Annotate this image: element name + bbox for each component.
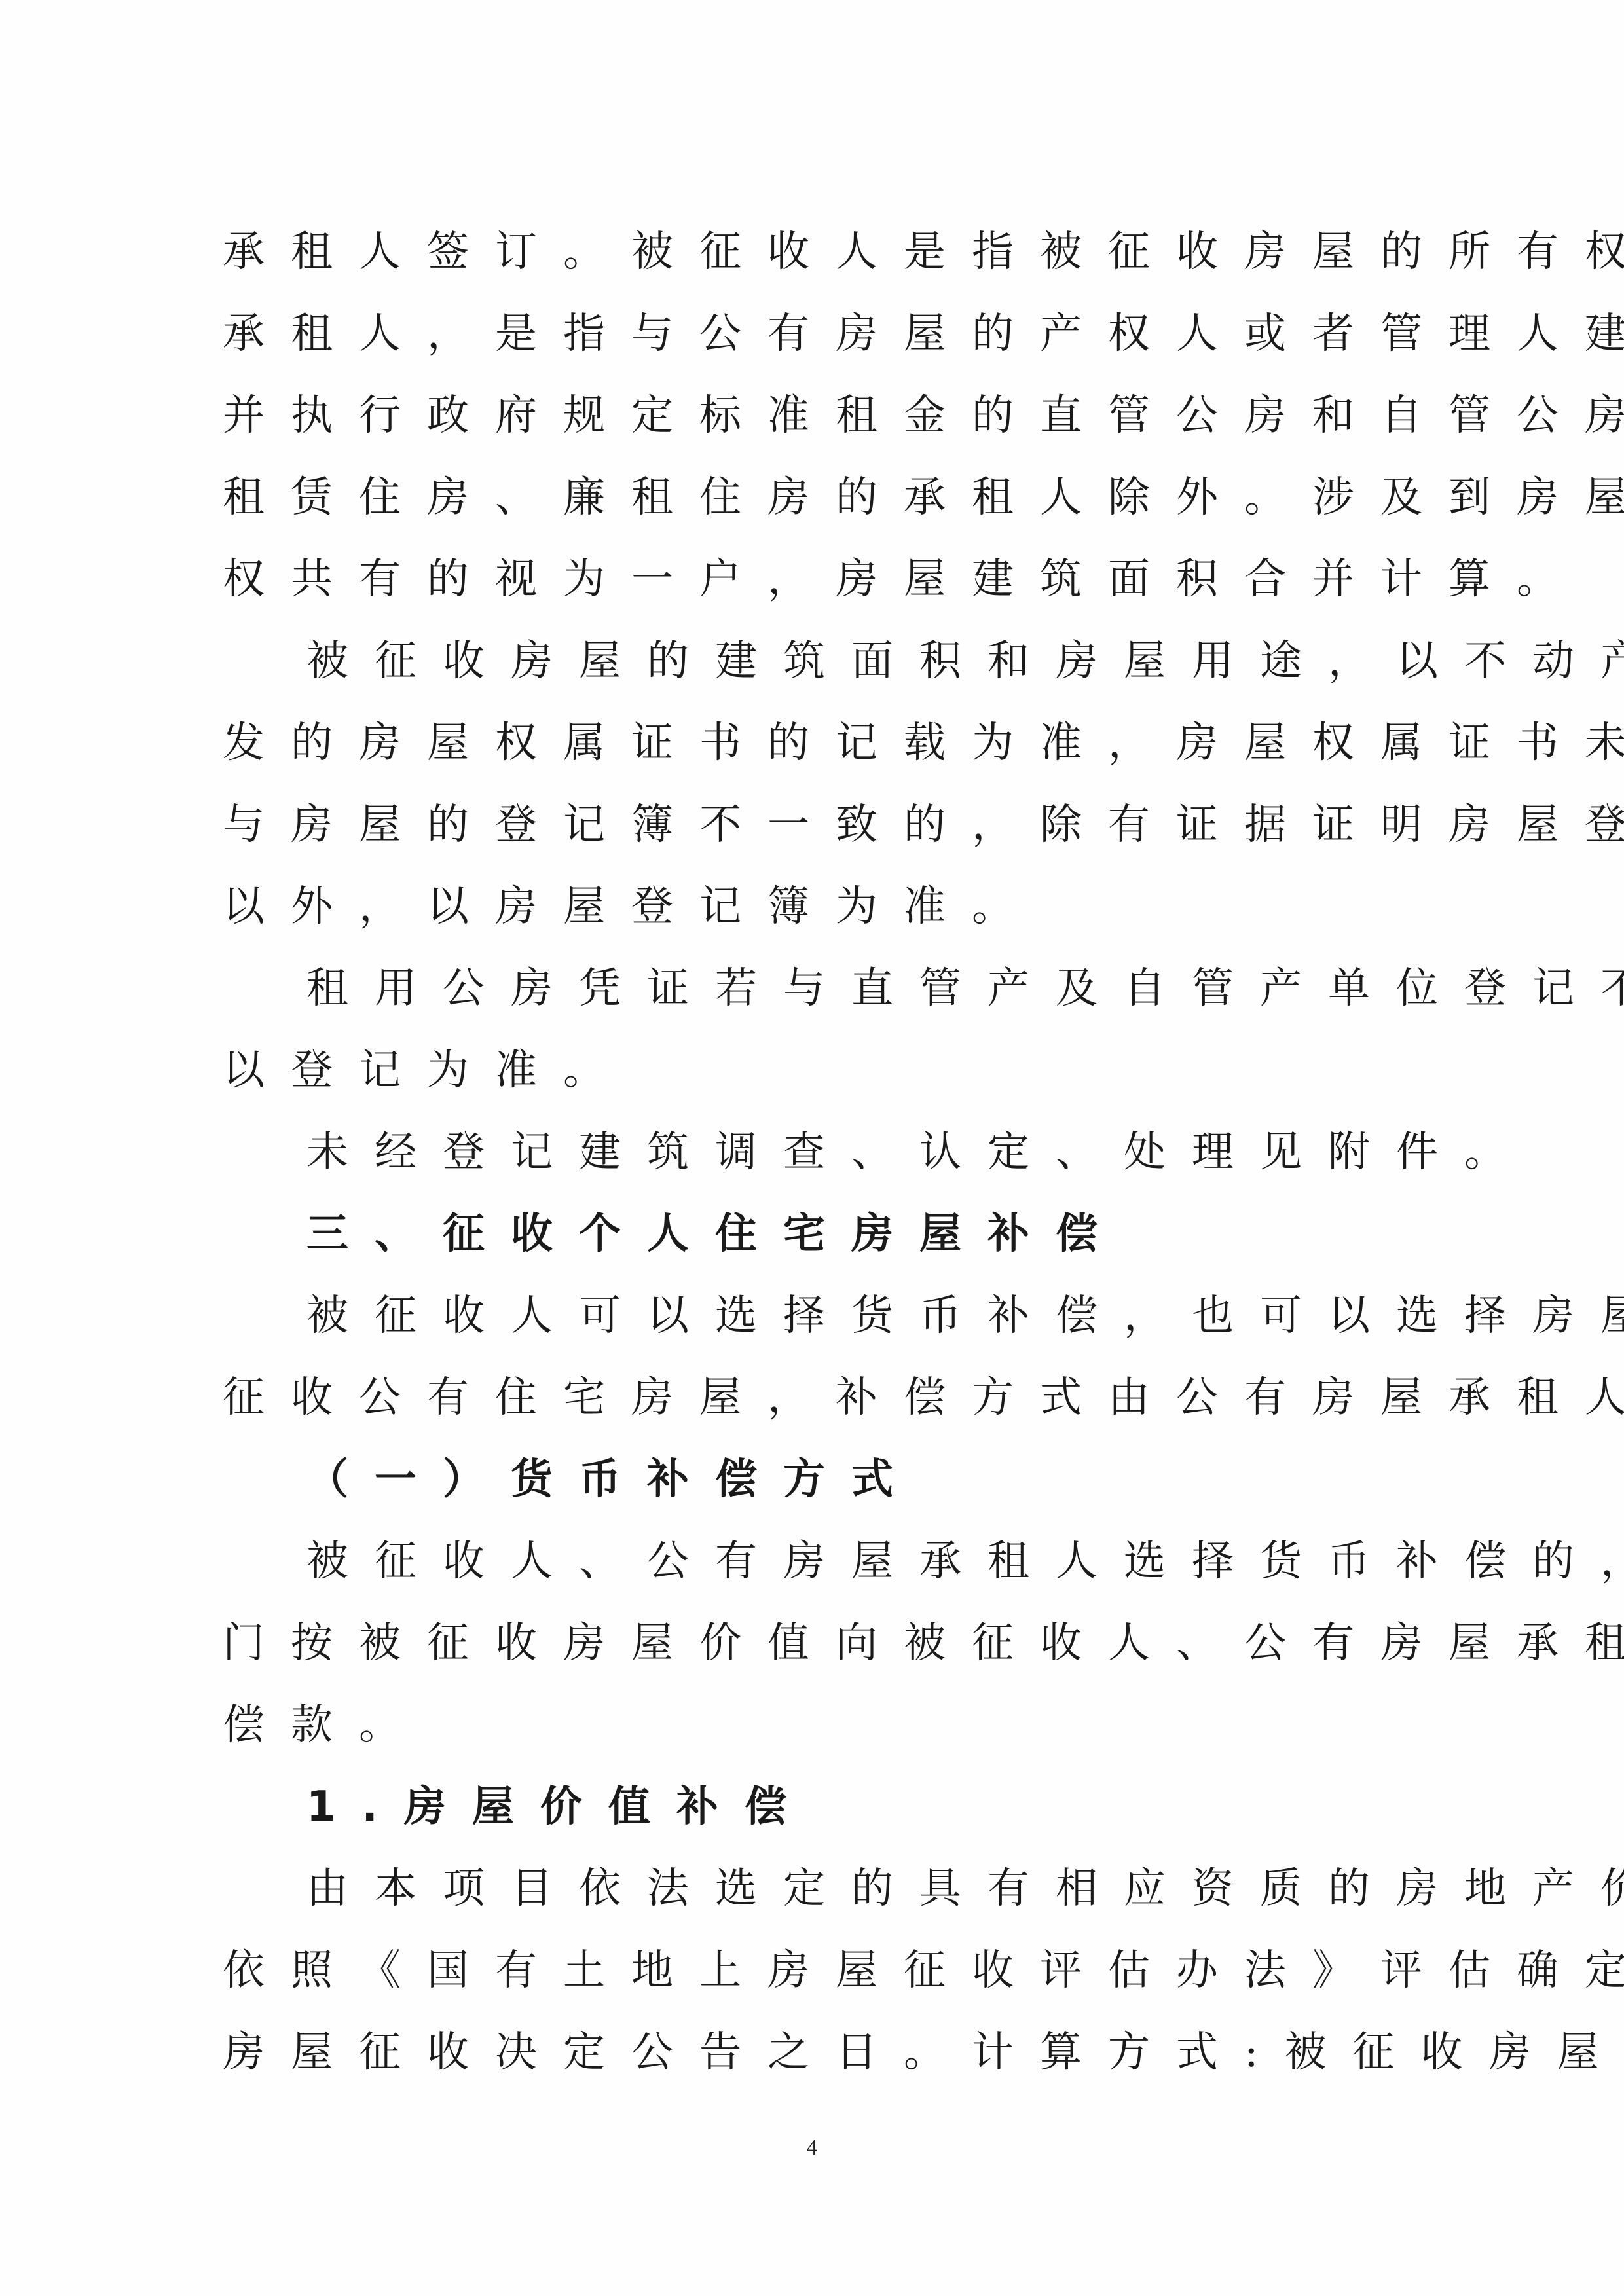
body-text-line: 权共有的视为一户，房屋建筑面积合并计算。 — [223, 550, 1395, 609]
body-text-line: 征收公有住宅房屋，补偿方式由公有房屋承租人选择。 — [223, 1368, 1395, 1427]
paragraph-first-line: 由本项目依法选定的具有相应资质的房地产价格评估机构 — [306, 1859, 1479, 1918]
body-text-line: 依照《国有土地上房屋征收评估办法》评估确定，评估时点为 — [223, 1941, 1395, 2000]
paragraph-first-line: 被征收人、公有房屋承租人选择货币补偿的，房屋征收部 — [306, 1532, 1479, 1591]
body-text-line: 以外，以房屋登记簿为准。 — [223, 877, 1395, 936]
document-page: 承租人签订。被征收人是指被征收房屋的所有权人；公有房屋 承租人，是指与公有房屋的… — [0, 0, 1624, 2296]
body-text-line: 承租人签订。被征收人是指被征收房屋的所有权人；公有房屋 — [223, 223, 1395, 282]
subsection-heading: （一）货币补偿方式 — [306, 1450, 1479, 1509]
paragraph-first-line: 未经登记建筑调查、认定、处理见附件。 — [306, 1123, 1479, 1182]
body-text-line: 发的房屋权属证书的记载为准，房屋权属证书未记载或者记载 — [223, 714, 1395, 773]
paragraph-first-line: 租用公房凭证若与直管产及自管产单位登记不一致的，应 — [306, 959, 1479, 1018]
section-heading: 三、征收个人住宅房屋补偿 — [306, 1205, 1479, 1264]
body-text-line: 门按被征收房屋价值向被征收人、公有房屋承租人支付货币补 — [223, 1614, 1395, 1673]
body-text-line: 偿款。 — [223, 1696, 1395, 1755]
body-text-line: 租赁住房、廉租住房的承租人除外。涉及到房屋所有权、承租 — [223, 468, 1395, 527]
body-text-line: 并执行政府规定标准租金的直管公房和自管公房承租人，公共 — [223, 386, 1395, 445]
numbered-heading: 1.房屋价值补偿 — [306, 1777, 1479, 1836]
paragraph-first-line: 被征收房屋的建筑面积和房屋用途，以不动产登记机构颁 — [306, 632, 1479, 691]
body-text-line: 房屋征收决定公告之日。计算方式:被征收房屋登记建筑面积× — [223, 2023, 1395, 2082]
body-text-line: 承租人，是指与公有房屋的产权人或者管理人建立租赁关系， — [223, 304, 1395, 363]
body-text-line: 与房屋的登记簿不一致的，除有证据证明房屋登记簿确有错误 — [223, 795, 1395, 854]
page-number: 4 — [0, 2136, 1624, 2160]
paragraph-first-line: 被征收人可以选择货币补偿，也可以选择房屋产权调换。 — [306, 1286, 1479, 1345]
body-text-line: 以登记为准。 — [223, 1041, 1395, 1100]
